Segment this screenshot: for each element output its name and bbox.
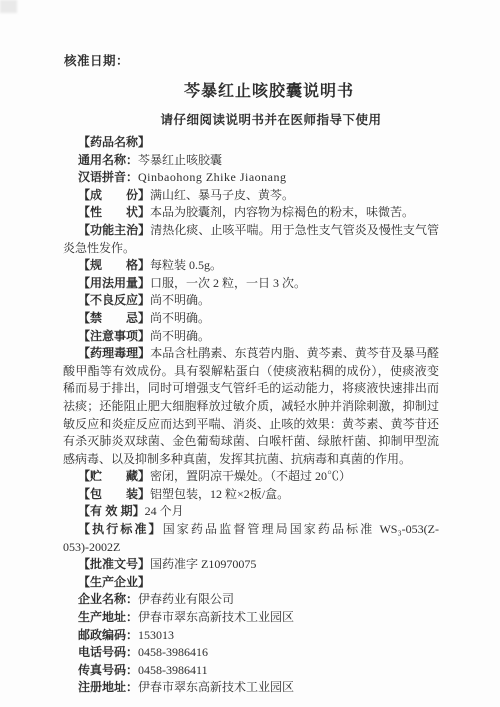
field-value: 芩暴红止咳胶囊 — [138, 153, 222, 167]
field-storage: 【贮 藏】密闭，置阴凉干燥处。（不超过 20℃） — [63, 468, 439, 486]
field-dosage-administration: 【用法用量】口服，一次 2 粒，一日 3 次。 — [63, 275, 439, 293]
document-body: 【药品名称】 通用名称：芩暴红止咳胶囊 汉语拼音：Qinbaohong Zhik… — [0, 134, 500, 697]
field-value: 口服，一次 2 粒，一日 3 次。 — [150, 276, 306, 290]
field-label: 【功能主治】 — [78, 223, 150, 237]
field-value: 伊春市翠东高新技术工业园区 — [138, 610, 294, 624]
page-title: 芩暴红止咳胶囊说明书 — [0, 82, 500, 102]
field-value: Qinbaohong Zhike Jiaonang — [138, 170, 286, 184]
field-label: 电话号码： — [78, 645, 138, 659]
field-production-address: 生产地址：伊春市翠东高新技术工业园区 — [63, 609, 439, 627]
document-page: 核准日期： 芩暴红止咳胶囊说明书 请仔细阅读说明书并在医师指导下使用 【药品名称… — [0, 0, 500, 707]
field-label: 【执行标准】 — [78, 522, 163, 536]
field-label: 生产地址： — [78, 610, 138, 624]
field-value: 每粒装 0.5g。 — [150, 258, 222, 272]
field-label: 【药理毒理】 — [78, 346, 150, 360]
field-label: 【注意事项】 — [78, 329, 150, 343]
field-drug-name-header: 【药品名称】 — [63, 134, 439, 152]
field-value: 0458-3986416 — [138, 645, 208, 659]
field-label: 汉语拼音： — [78, 170, 138, 184]
field-label: 【不良反应】 — [78, 293, 150, 307]
field-company-name: 企业名称：伊春药业有限公司 — [63, 591, 439, 609]
field-value: 尚不明确。 — [150, 329, 210, 343]
field-label: 【批准文号】 — [78, 557, 150, 571]
field-value: 本品含杜鹃素、东莨菪内脂、黄芩素、黄芩苷及暴马醛酸甲酯等有效成份。具有裂解粘蛋白… — [63, 346, 439, 466]
field-label: 【包 装】 — [78, 487, 150, 501]
field-value: 153013 — [138, 628, 174, 642]
field-pinyin: 汉语拼音：Qinbaohong Zhike Jiaonang — [63, 169, 439, 187]
field-packaging: 【包 装】铝塑包装，12 粒×2板/盒。 — [63, 486, 439, 504]
field-specification: 【规 格】每粒装 0.5g。 — [63, 257, 439, 275]
field-value: 尚不明确。 — [150, 293, 210, 307]
field-label: 【贮 藏】 — [78, 469, 150, 483]
field-label: 【禁 忌】 — [78, 311, 150, 325]
field-label: 【药品名称】 — [78, 135, 150, 149]
field-precautions: 【注意事项】尚不明确。 — [63, 328, 439, 346]
subtitle: 请仔细阅读说明书并在医师指导下使用 — [0, 112, 500, 129]
field-value: 伊春市翠东高新技术工业园区 — [138, 680, 294, 694]
field-value: 0458-3986411 — [138, 663, 208, 677]
field-label: 【用法用量】 — [78, 276, 150, 290]
field-value: 国药准字 Z10970075 — [150, 557, 256, 571]
field-postal-code: 邮政编码：153013 — [63, 627, 439, 645]
field-value: 满山红、暴马子皮、黄芩。 — [150, 188, 294, 202]
field-ingredients: 【成 份】满山红、暴马子皮、黄芩。 — [63, 187, 439, 205]
field-value: 伊春药业有限公司 — [138, 592, 234, 606]
field-value: 本品为胶囊剂，内容物为棕褐色的粉末，味微苦。 — [150, 205, 414, 219]
field-label: 【成 份】 — [78, 188, 150, 202]
approval-date-line: 核准日期： — [0, 0, 500, 70]
scan-corner-artifact — [0, 0, 17, 13]
field-label: 企业名称： — [78, 592, 138, 606]
field-value: 密闭，置阴凉干燥处。（不超过 20℃） — [150, 469, 351, 483]
field-fax-number: 传真号码：0458-3986411 — [63, 662, 439, 680]
field-contraindications: 【禁 忌】尚不明确。 — [63, 310, 439, 328]
field-label: 【有 效 期】 — [78, 504, 145, 518]
approval-date-label: 核准日期： — [64, 54, 129, 68]
field-label: 注册地址： — [78, 680, 138, 694]
field-label: 【规 格】 — [78, 258, 150, 272]
field-value: 铝塑包装，12 粒×2板/盒。 — [150, 487, 289, 501]
field-adverse-reactions: 【不良反应】尚不明确。 — [63, 292, 439, 310]
field-registered-address: 注册地址：伊春市翠东高新技术工业园区 — [63, 679, 439, 697]
field-executive-standard: 【执行标准】国家药品监督管理局国家药品标准 WS₃-053(Z-053)-200… — [63, 521, 439, 556]
field-approval-number: 【批准文号】国药准字 Z10970075 — [63, 556, 439, 574]
field-phone-number: 电话号码：0458-3986416 — [63, 644, 439, 662]
field-label: 传真号码： — [78, 663, 138, 677]
field-description: 【性 状】本品为胶囊剂，内容物为棕褐色的粉末，味微苦。 — [63, 204, 439, 222]
field-pharmacology-toxicology: 【药理毒理】本品含杜鹃素、东莨菪内脂、黄芩素、黄芩苷及暴马醛酸甲酯等有效成份。具… — [63, 345, 439, 468]
field-indications: 【功能主治】清热化痰、止咳平喘。用于急性支气管炎及慢性支气管炎急性发作。 — [63, 222, 439, 257]
field-value: 尚不明确。 — [150, 311, 210, 325]
field-manufacturer-header: 【生产企业】 — [63, 574, 439, 592]
field-shelf-life: 【有 效 期】24 个月 — [63, 503, 439, 521]
field-generic-name: 通用名称：芩暴红止咳胶囊 — [63, 152, 439, 170]
field-label: 通用名称： — [78, 153, 138, 167]
field-label: 【性 状】 — [78, 205, 150, 219]
field-value: 24 个月 — [145, 504, 184, 518]
field-label: 【生产企业】 — [78, 575, 150, 589]
field-label: 邮政编码： — [78, 628, 138, 642]
